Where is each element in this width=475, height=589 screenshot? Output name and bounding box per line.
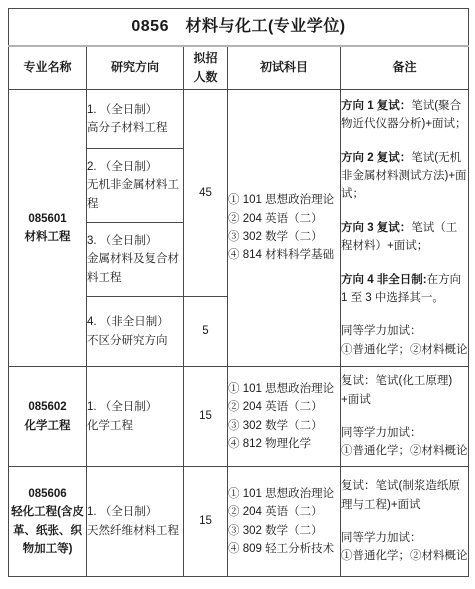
major-name: 轻化工程(含皮革、纸张、织物加工等) (9, 503, 86, 558)
major-code: 085606 (9, 485, 86, 503)
direction-cell: 1. （全日制） 天然纤维材料工程 (87, 467, 184, 577)
note-paragraph: 方向 1 复试：笔试(聚合物近代仪器分析)+面试； (341, 97, 468, 134)
subjects-cell: ① 101 思想政治理论 ② 204 英语（二） ③ 302 数学（二） ④ 8… (228, 467, 341, 577)
subject-item: ④ 814 材料科学基础 (228, 246, 340, 264)
note-label: 方向 2 复试： (341, 152, 411, 164)
note-paragraph: 同等学力加试： ①普通化学；②材料概论 (341, 424, 468, 461)
col-header-notes: 备注 (341, 46, 469, 90)
direction-num: 1. （全日制） (87, 101, 183, 119)
major-code: 085601 (9, 210, 86, 228)
direction-name: 无机非金属材料工程 (87, 176, 183, 213)
subject-item: ④ 812 物理化学 (228, 435, 340, 453)
direction-name: 金属材料及复合材料工程 (87, 250, 183, 287)
direction-num: 3. （全日制） (87, 232, 183, 250)
table-header-row: 专业名称 研究方向 拟招 人数 初试科目 备注 (9, 46, 469, 90)
note-paragraph: 方向 3 复试：笔试（工程材料）+面试； (341, 219, 468, 256)
direction-cell: 1. （全日制） 高分子材料工程 (87, 90, 184, 149)
note-label: 方向 1 复试： (341, 100, 411, 112)
subjects-cell: ① 101 思想政治理论 ② 204 英语（二） ③ 302 数学（二） ④ 8… (228, 367, 341, 467)
note-paragraph: 复试：笔试(制浆造纸原理与工程)+面试 (341, 477, 468, 514)
table-row: 085606 轻化工程(含皮革、纸张、织物加工等) 1. （全日制） 天然纤维材… (9, 467, 469, 577)
direction-num: 2. （全日制） (87, 158, 183, 176)
col-header-direction: 研究方向 (87, 46, 184, 90)
subject-item: ③ 302 数学（二） (228, 228, 340, 246)
subject-item: ② 204 英语（二） (228, 398, 340, 416)
note-text: 同等学力加试： ①普通化学；②材料概论 (341, 325, 468, 355)
direction-cell: 1. （全日制） 化学工程 (87, 367, 184, 467)
subject-item: ② 204 英语（二） (228, 210, 340, 228)
quota-cell: 15 (184, 467, 228, 577)
direction-name: 化学工程 (87, 417, 183, 435)
note-paragraph: 同等学力加试： ①普通化学；②材料概论 (341, 529, 468, 566)
col-header-quota: 拟招 人数 (184, 46, 228, 90)
table-row: 085601 材料工程 1. （全日制） 高分子材料工程 45 ① 101 思想… (9, 90, 469, 149)
quota-cell: 45 (184, 90, 228, 297)
direction-cell: 2. （全日制） 无机非金属材料工程 (87, 149, 184, 223)
note-paragraph: 方向 2 复试：笔试(无机非金属材料测试方法)+面试； (341, 149, 468, 204)
note-paragraph: 复试：笔试(化工原理)+面试 (341, 372, 468, 409)
note-paragraph: 方向 4 非全日制:在方向 1 至 3 中选择其一。 (341, 271, 468, 308)
subject-item: ③ 302 数学（二） (228, 417, 340, 435)
col-header-major: 专业名称 (9, 46, 87, 90)
subjects-cell: ① 101 思想政治理论 ② 204 英语（二） ③ 302 数学（二） ④ 8… (228, 90, 341, 367)
subject-item: ① 101 思想政治理论 (228, 485, 340, 503)
direction-name: 高分子材料工程 (87, 119, 183, 137)
subject-item: ① 101 思想政治理论 (228, 380, 340, 398)
major-code: 085602 (9, 398, 86, 416)
table-row: 085602 化学工程 1. （全日制） 化学工程 15 ① 101 思想政治理… (9, 367, 469, 467)
subject-item: ④ 809 轻工分析技术 (228, 540, 340, 558)
col-header-subjects: 初试科目 (228, 46, 341, 90)
note-paragraph: 同等学力加试： ①普通化学；②材料概论 (341, 322, 468, 359)
note-label: 方向 4 非全日制: (341, 274, 427, 286)
subject-item: ② 204 英语（二） (228, 503, 340, 521)
direction-num: 1. （全日制） (87, 503, 183, 521)
quota-cell: 5 (184, 297, 228, 367)
major-cell-085602: 085602 化学工程 (9, 367, 87, 467)
major-name: 化学工程 (9, 417, 86, 435)
document-page: 0856 材料与化工(专业学位) 专业名称 研究方向 拟招 人数 初试科目 备注… (0, 0, 475, 589)
table-title: 0856 材料与化工(专业学位) (9, 9, 469, 47)
quota-cell: 15 (184, 367, 228, 467)
major-cell-085606: 085606 轻化工程(含皮革、纸张、织物加工等) (9, 467, 87, 577)
direction-name: 天然纤维材料工程 (87, 522, 183, 540)
direction-cell: 3. （全日制） 金属材料及复合材料工程 (87, 223, 184, 297)
direction-num: 4. （非全日制） (87, 313, 183, 331)
note-text: 同等学力加试： ①普通化学；②材料概论 (341, 427, 468, 457)
note-text: 同等学力加试： ①普通化学；②材料概论 (341, 532, 468, 562)
direction-name: 不区分研究方向 (87, 332, 183, 350)
notes-cell: 复试：笔试(化工原理)+面试 同等学力加试： ①普通化学；②材料概论 (341, 367, 469, 467)
major-cell-085601: 085601 材料工程 (9, 90, 87, 367)
admissions-table: 0856 材料与化工(专业学位) 专业名称 研究方向 拟招 人数 初试科目 备注… (8, 8, 469, 577)
table-title-row: 0856 材料与化工(专业学位) (9, 9, 469, 47)
notes-cell: 复试：笔试(制浆造纸原理与工程)+面试 同等学力加试： ①普通化学；②材料概论 (341, 467, 469, 577)
direction-cell: 4. （非全日制） 不区分研究方向 (87, 297, 184, 367)
note-label: 方向 3 复试： (341, 222, 411, 234)
major-name: 材料工程 (9, 228, 86, 246)
direction-num: 1. （全日制） (87, 398, 183, 416)
note-text: 复试：笔试(制浆造纸原理与工程)+面试 (341, 480, 460, 510)
subject-item: ① 101 思想政治理论 (228, 191, 340, 209)
subject-item: ③ 302 数学（二） (228, 522, 340, 540)
notes-cell: 方向 1 复试：笔试(聚合物近代仪器分析)+面试； 方向 2 复试：笔试(无机非… (341, 90, 469, 367)
note-text: 复试：笔试(化工原理)+面试 (341, 375, 452, 405)
